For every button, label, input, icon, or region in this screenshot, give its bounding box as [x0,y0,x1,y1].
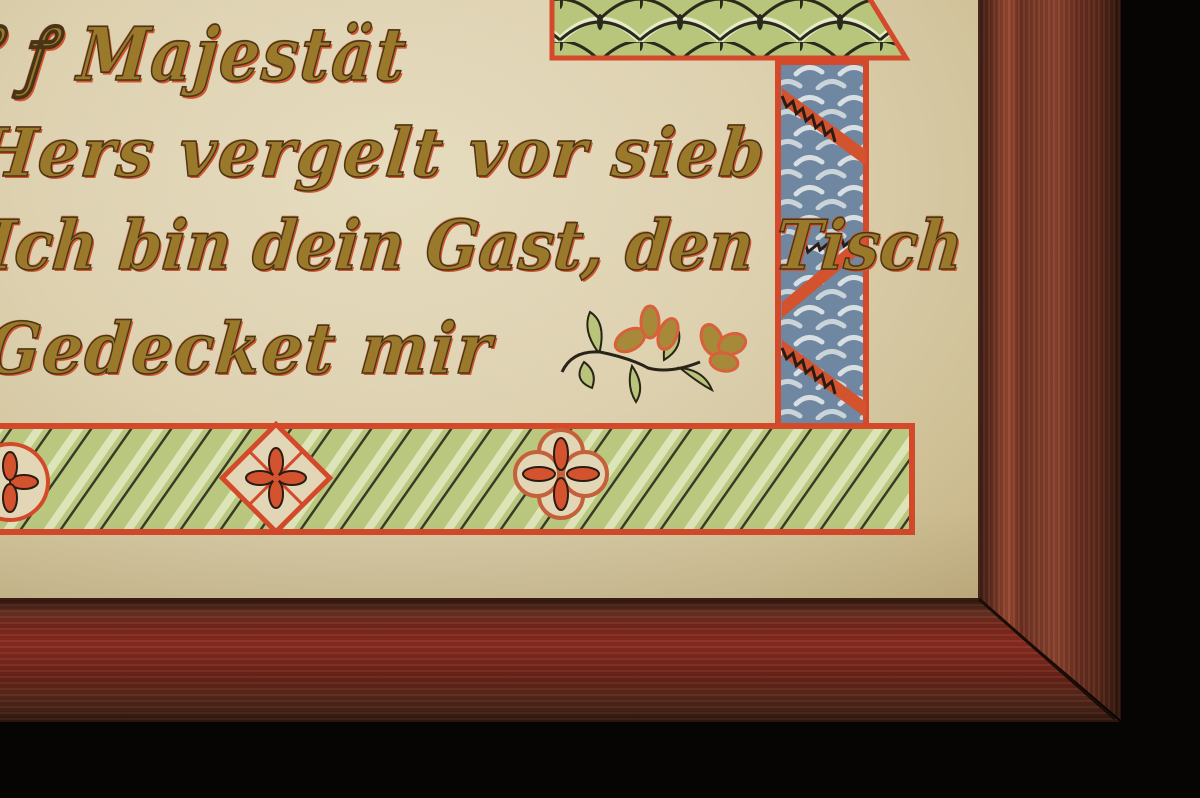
manuscript-paper: ꝭ ꝭ Majestät Hers vergelt vor sieb Ich b… [0,0,980,600]
flower-sprig-decoration [562,306,749,402]
roof-decoration [552,0,906,58]
frame-bottom-side [0,598,1120,722]
manuscript-line-4: Gedecket mir [0,308,496,391]
bottom-band-decoration [0,424,912,532]
manuscript-line-2: Hers vergelt vor sieb [0,114,770,193]
manuscript-line-3: Ich bin dein Gast, den Tisch [0,205,967,285]
manuscript-decorations [0,0,980,600]
frame-miter-joint [975,595,1125,725]
manuscript-line-1: ꝭ ꝭ Majestät [0,2,412,102]
photo-scene: ꝭ ꝭ Majestät Hers vergelt vor sieb Ich b… [0,0,1200,798]
pillar-decoration [778,62,866,426]
